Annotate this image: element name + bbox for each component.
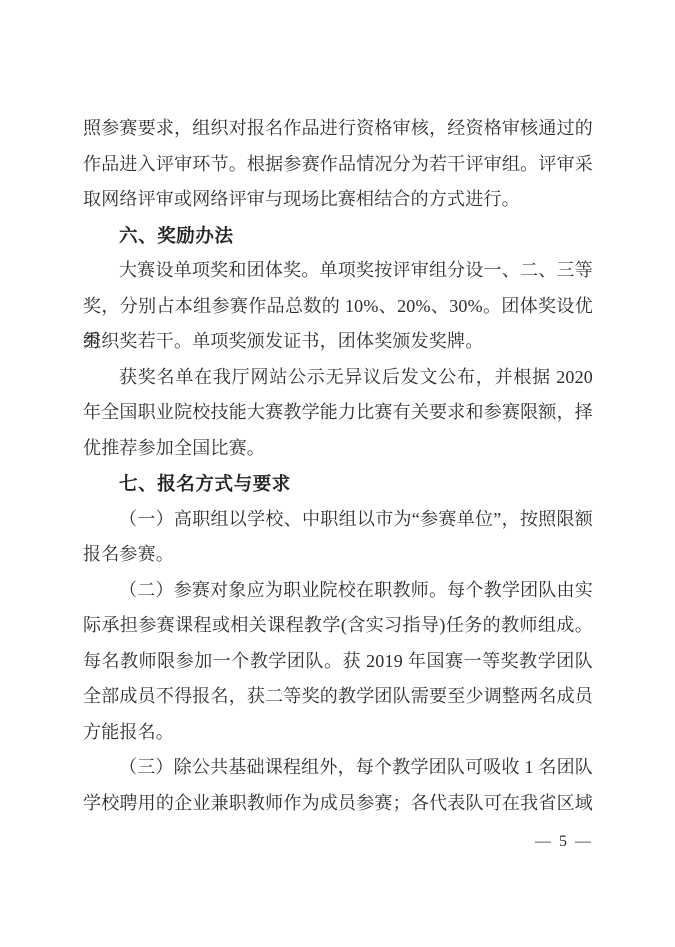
text-line: 作品进入评审环节。根据参赛作品情况分为若干评审组。评审采 (83, 147, 593, 183)
section-heading: 七、报名方式与要求 (83, 466, 593, 502)
text-line: 照参赛要求，组织对报名作品进行资格审核，经资格审核通过的 (83, 111, 593, 147)
text-line: 大赛设单项奖和团体奖。单项奖按评审组分设一、二、三等 (83, 253, 593, 289)
text-line: 际承担参赛课程或相关课程教学(含实习指导)任务的教师组成。 (83, 608, 593, 644)
page-number: — 5 — (535, 833, 593, 851)
section-heading: 六、奖励办法 (83, 218, 593, 254)
text-line: 方能报名。 (83, 715, 593, 751)
text-line: 取网络评审或网络评审与现场比赛相结合的方式进行。 (83, 182, 593, 218)
document-page: 照参赛要求，组织对报名作品进行资格审核，经资格审核通过的作品进入评审环节。根据参… (0, 0, 675, 947)
text-line: 优推荐参加全国比赛。 (83, 431, 593, 467)
text-line: 奖，分别占本组参赛作品总数的 10%、20%、30%。团体奖设优秀 (83, 289, 593, 325)
text-line: （二）参赛对象应为职业院校在职教师。每个教学团队由实 (83, 573, 593, 609)
text-line: 组织奖若干。单项奖颁发证书，团体奖颁发奖牌。 (83, 324, 593, 360)
text-line: 获奖名单在我厅网站公示无异议后发文公布，并根据 2020 (83, 360, 593, 396)
text-block: 照参赛要求，组织对报名作品进行资格审核，经资格审核通过的作品进入评审环节。根据参… (83, 111, 593, 821)
text-line: （三）除公共基础课程组外，每个教学团队可吸收 1 名团队 (83, 750, 593, 786)
text-line: 学校聘用的企业兼职教师作为成员参赛；各代表队可在我省区域 (83, 786, 593, 822)
text-line: （一）高职组以学校、中职组以市为“参赛单位”，按照限额 (83, 502, 593, 538)
text-line: 报名参赛。 (83, 537, 593, 573)
text-line: 年全国职业院校技能大赛教学能力比赛有关要求和参赛限额，择 (83, 395, 593, 431)
text-line: 每名教师限参加一个教学团队。获 2019 年国赛一等奖教学团队 (83, 644, 593, 680)
text-line: 全部成员不得报名，获二等奖的教学团队需要至少调整两名成员 (83, 679, 593, 715)
